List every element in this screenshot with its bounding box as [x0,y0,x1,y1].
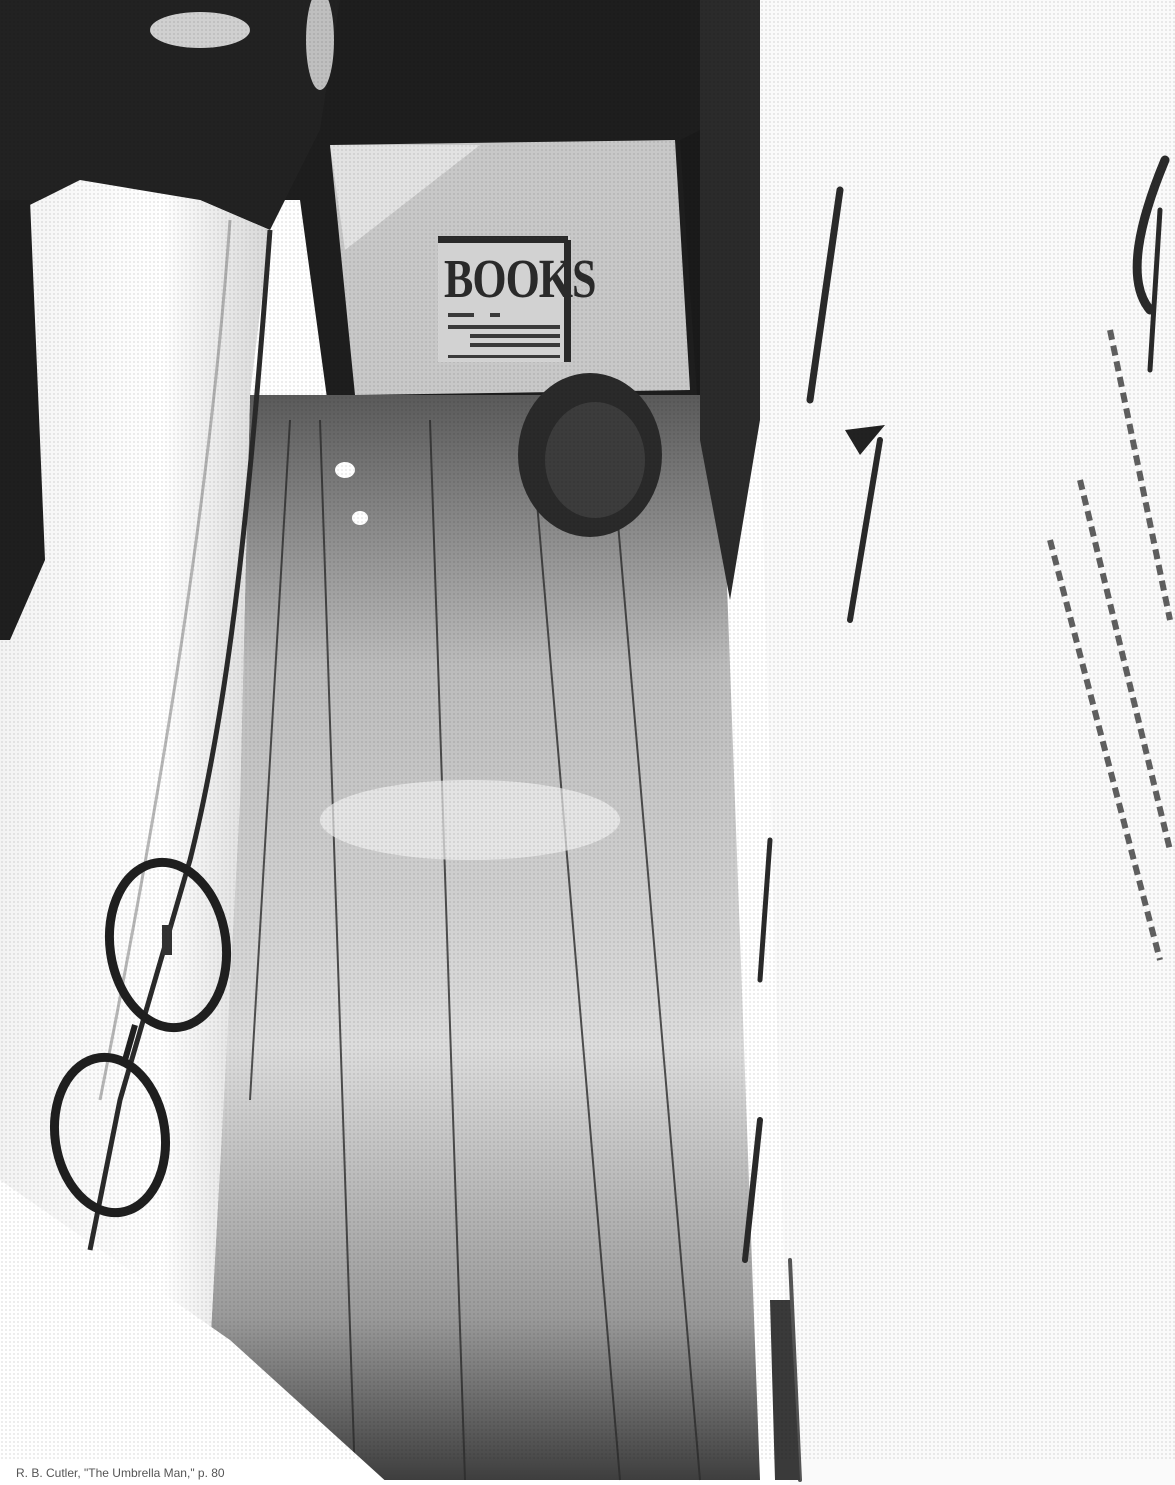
image-caption: R. B. Cutler, "The Umbrella Man," p. 80 [16,1466,225,1480]
books-sign-title: BOOKS [444,252,596,307]
halftone-photograph [0,0,1175,1485]
